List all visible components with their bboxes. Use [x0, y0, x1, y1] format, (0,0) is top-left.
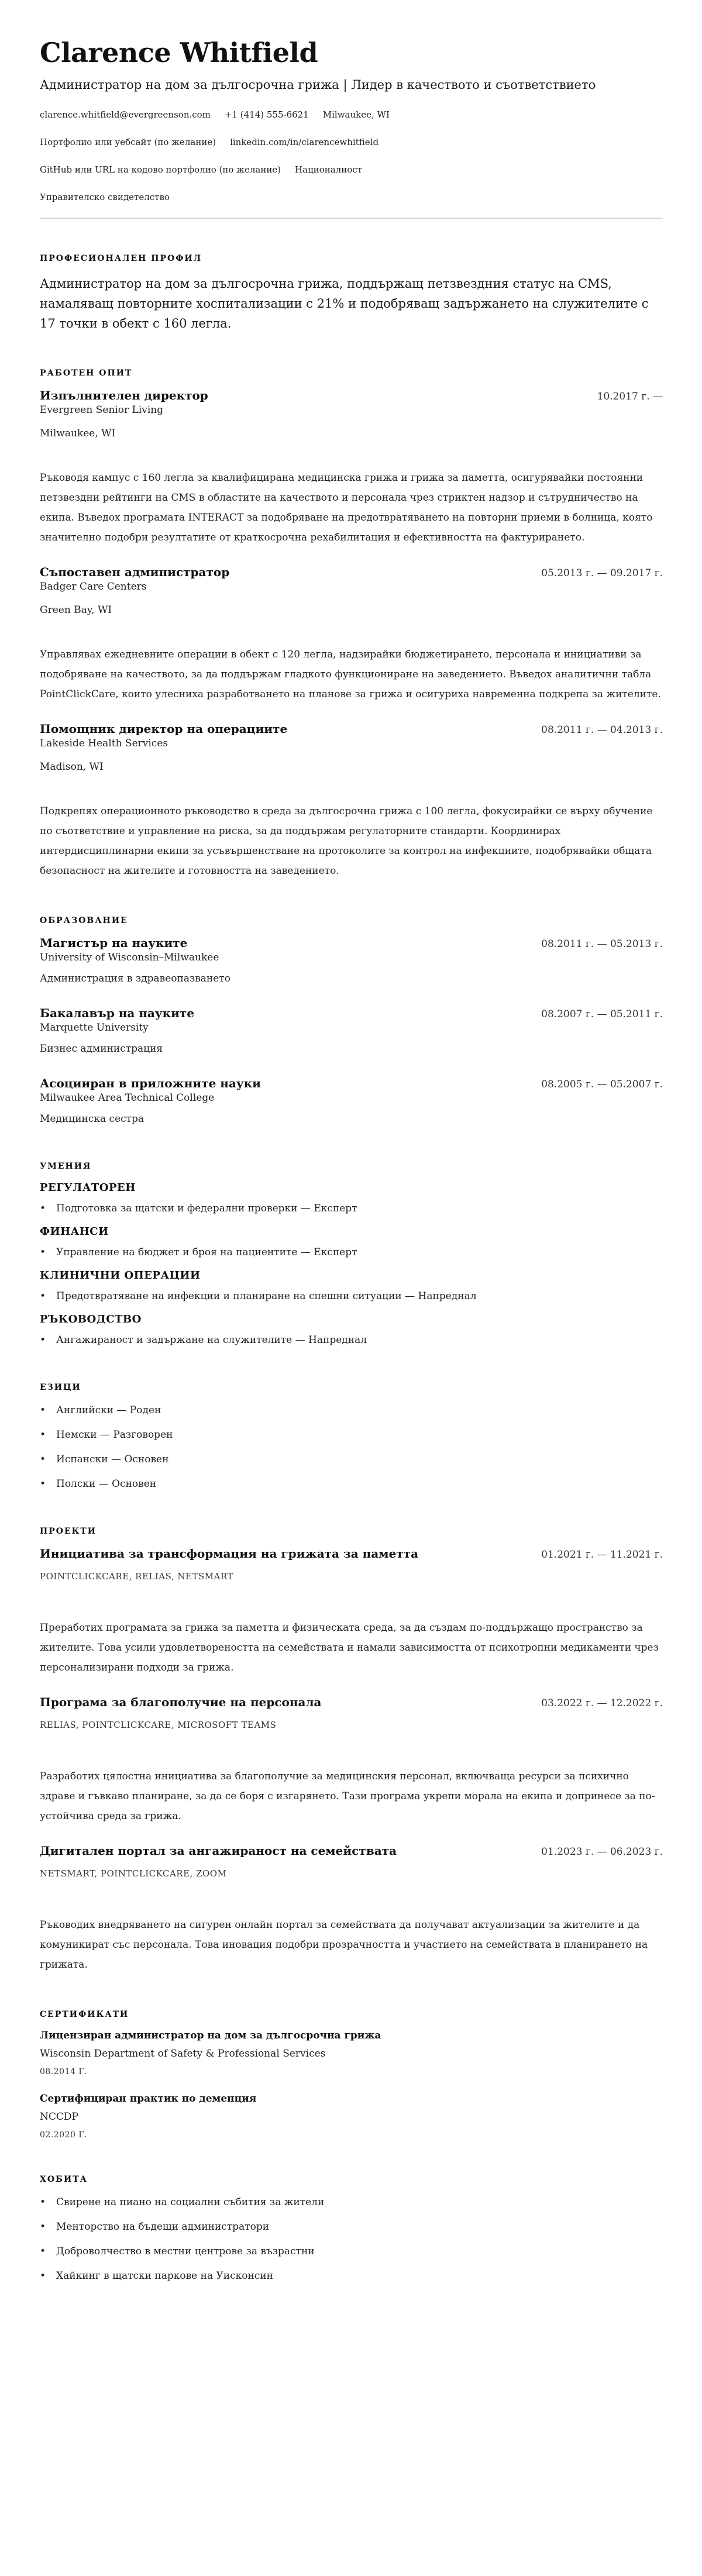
job-title: Помощник директор на операциите	[40, 722, 287, 736]
project-description: Преработих програмата за грижа за паметт…	[40, 1618, 663, 1678]
contact-link[interactable]: linkedin.com/in/clarencewhitfield	[230, 137, 378, 147]
skills-list: РЕГУЛАТОРЕНПодготовка за щатски и федера…	[40, 1182, 663, 1348]
job-title: Изпълнителен директор	[40, 388, 208, 402]
entry-header: Асоцииран в приложните науки08.2005 г. —…	[40, 1076, 663, 1090]
section-title-languages: ЕЗИЦИ	[40, 1383, 663, 1392]
project-description: Ръководих внедряването на сигурен онлайн…	[40, 1915, 663, 1975]
language-item: Испански — Основен	[40, 1452, 663, 1467]
hobbies-section: ХОБИТА Свирене на пиано на социални съби…	[40, 2175, 663, 2284]
degree-title: Асоцииран в приложните науки	[40, 1076, 261, 1090]
field-of-study: Администрация в здравеопазването	[40, 971, 663, 986]
skill-group-title: РЕГУЛАТОРЕН	[40, 1182, 663, 1194]
education-entry: Асоцииран в приложните науки08.2005 г. —…	[40, 1076, 663, 1127]
skill-list: Ангажираност и задържане на служителите …	[40, 1332, 663, 1348]
certificate-name: Сертифициран практик по деменция	[40, 2093, 663, 2105]
section-title-skills: УМЕНИЯ	[40, 1162, 663, 1171]
job-title: Съпоставен администратор	[40, 565, 229, 579]
contact-item: Националност	[295, 164, 362, 175]
job-dates: 10.2017 г. —	[597, 391, 663, 402]
entry-header: Помощник директор на операциите08.2011 г…	[40, 722, 663, 736]
header-divider	[40, 218, 663, 219]
certificate-entry: Сертифициран практик по деменцияNCCDP02.…	[40, 2093, 663, 2140]
skill-item: Ангажираност и задържане на служителите …	[40, 1332, 663, 1348]
hobby-item: Менторство на бъдещи администратори	[40, 2219, 663, 2234]
job-description: Ръководя кампус с 160 легла за квалифици…	[40, 468, 663, 547]
project-tech-stack: POINTCLICKCARE, RELIAS, NETSMART	[40, 1571, 663, 1582]
company-name: Badger Care Centers	[40, 579, 663, 594]
section-title-experience: РАБОТЕН ОПИТ	[40, 369, 663, 378]
contact-link[interactable]: +1 (414) 555-6621	[225, 109, 309, 120]
entry-header: Бакалавър на науките08.2007 г. — 05.2011…	[40, 1006, 663, 1020]
project-description: Разработих цялостна инициатива за благоп…	[40, 1766, 663, 1826]
skill-group-title: КЛИНИЧНИ ОПЕРАЦИИ	[40, 1269, 663, 1282]
project-entry: Програма за благополучие на персонала03.…	[40, 1695, 663, 1826]
experience-list: Изпълнителен директор10.2017 г. —Evergre…	[40, 388, 663, 881]
language-item: Немски — Разговорен	[40, 1427, 663, 1442]
experience-section: РАБОТЕН ОПИТ Изпълнителен директор10.201…	[40, 369, 663, 881]
skill-group-title: РЪКОВОДСТВО	[40, 1313, 663, 1325]
education-entry: Магистър на науките08.2011 г. — 05.2013 …	[40, 936, 663, 986]
certificates-list: Лицензиран администратор на дом за дълго…	[40, 2030, 663, 2140]
certificate-entry: Лицензиран администратор на дом за дълго…	[40, 2030, 663, 2076]
field-of-study: Медицинска сестра	[40, 1111, 663, 1127]
job-description: Управлявах ежедневните операции в обект …	[40, 645, 663, 704]
section-title-profile: ПРОФЕСИОНАЛЕН ПРОФИЛ	[40, 254, 663, 263]
education-dates: 08.2005 г. — 05.2007 г.	[541, 1079, 663, 1090]
certificates-section: СЕРТИФИКАТИ Лицензиран администратор на …	[40, 2010, 663, 2140]
language-item: Полски — Основен	[40, 1476, 663, 1492]
profile-section: ПРОФЕСИОНАЛЕН ПРОФИЛ Администратор на до…	[40, 254, 663, 333]
degree-title: Бакалавър на науките	[40, 1006, 194, 1020]
skill-list: Предотвратяване на инфекции и планиране …	[40, 1289, 663, 1304]
section-title-hobbies: ХОБИТА	[40, 2175, 663, 2184]
candidate-headline: Администратор на дом за дългосрочна гриж…	[40, 75, 625, 95]
job-description: Подкрепях операционното ръководство в ср…	[40, 801, 663, 881]
certificate-date: 08.2014 Г.	[40, 2067, 663, 2076]
contact-item: Портфолио или уебсайт (по желание)	[40, 137, 216, 147]
job-location: Green Bay, WI	[40, 602, 663, 618]
resume-page: Clarence Whitfield Администратор на дом …	[0, 0, 702, 2328]
entry-header: Инициатива за трансформация на грижата з…	[40, 1547, 663, 1561]
certificate-issuer: NCCDP	[40, 2109, 663, 2124]
entry-header: Дигитален портал за ангажираност на семе…	[40, 1844, 663, 1858]
languages-list: Английски — РоденНемски — РазговоренИспа…	[40, 1403, 663, 1492]
entry-header: Съпоставен администратор05.2013 г. — 09.…	[40, 565, 663, 579]
education-dates: 08.2007 г. — 05.2011 г.	[541, 1008, 663, 1020]
job-dates: 08.2011 г. — 04.2013 г.	[541, 724, 663, 736]
language-item: Английски — Роден	[40, 1403, 663, 1418]
project-entry: Инициатива за трансформация на грижата з…	[40, 1547, 663, 1678]
contact-item: Milwaukee, WI	[323, 109, 390, 120]
entry-header: Програма за благополучие на персонала03.…	[40, 1695, 663, 1709]
skills-section: УМЕНИЯ РЕГУЛАТОРЕНПодготовка за щатски и…	[40, 1162, 663, 1348]
skill-item: Подготовка за щатски и федерални проверк…	[40, 1201, 663, 1216]
project-entry: Дигитален портал за ангажираност на семе…	[40, 1844, 663, 1975]
section-title-certificates: СЕРТИФИКАТИ	[40, 2010, 663, 2019]
school-name: Milwaukee Area Technical College	[40, 1090, 663, 1106]
skill-list: Управление на бюджет и броя на пациентит…	[40, 1245, 663, 1260]
entry-header: Изпълнителен директор10.2017 г. —	[40, 388, 663, 402]
skill-list: Подготовка за щатски и федерални проверк…	[40, 1201, 663, 1216]
education-section: ОБРАЗОВАНИЕ Магистър на науките08.2011 г…	[40, 916, 663, 1127]
project-dates: 01.2021 г. — 11.2021 г.	[541, 1549, 663, 1561]
contact-link[interactable]: clarence.whitfield@evergreenson.com	[40, 109, 211, 120]
entry-header: Магистър на науките08.2011 г. — 05.2013 …	[40, 936, 663, 950]
hobby-item: Доброволчество в местни центрове за възр…	[40, 2244, 663, 2259]
project-tech-stack: RELIAS, POINTCLICKCARE, MICROSOFT TEAMS	[40, 1720, 663, 1730]
certificate-issuer: Wisconsin Department of Safety & Profess…	[40, 2046, 663, 2061]
hobby-item: Свирене на пиано на социални събития за …	[40, 2195, 663, 2210]
hobbies-list: Свирене на пиано на социални събития за …	[40, 2195, 663, 2284]
contact-row: Портфолио или уебсайт (по желание)linked…	[40, 135, 663, 149]
school-name: University of Wisconsin–Milwaukee	[40, 950, 663, 965]
project-tech-stack: NETSMART, POINTCLICKCARE, ZOOM	[40, 1868, 663, 1879]
contact-item: GitHub или URL на кодово портфолио (по ж…	[40, 164, 281, 175]
projects-section: ПРОЕКТИ Инициатива за трансформация на г…	[40, 1527, 663, 1975]
certificate-name: Лицензиран администратор на дом за дълго…	[40, 2030, 663, 2041]
school-name: Marquette University	[40, 1020, 663, 1035]
job-dates: 05.2013 г. — 09.2017 г.	[541, 567, 663, 579]
profile-summary: Администратор на дом за дългосрочна гриж…	[40, 274, 663, 333]
section-title-education: ОБРАЗОВАНИЕ	[40, 916, 663, 925]
job-location: Milwaukee, WI	[40, 426, 663, 441]
hobby-item: Хайкинг в щатски паркове на Уисконсин	[40, 2268, 663, 2284]
degree-title: Магистър на науките	[40, 936, 187, 950]
experience-entry: Помощник директор на операциите08.2011 г…	[40, 722, 663, 881]
company-name: Evergreen Senior Living	[40, 402, 663, 418]
education-list: Магистър на науките08.2011 г. — 05.2013 …	[40, 936, 663, 1127]
field-of-study: Бизнес администрация	[40, 1041, 663, 1056]
education-dates: 08.2011 г. — 05.2013 г.	[541, 938, 663, 950]
skill-group-title: ФИНАНСИ	[40, 1225, 663, 1238]
project-name: Дигитален портал за ангажираност на семе…	[40, 1844, 397, 1858]
job-location: Madison, WI	[40, 759, 663, 774]
skill-item: Управление на бюджет и броя на пациентит…	[40, 1245, 663, 1260]
section-title-projects: ПРОЕКТИ	[40, 1527, 663, 1536]
experience-entry: Съпоставен администратор05.2013 г. — 09.…	[40, 565, 663, 704]
project-dates: 01.2023 г. — 06.2023 г.	[541, 1846, 663, 1858]
skill-item: Предотвратяване на инфекции и планиране …	[40, 1289, 663, 1304]
resume-header: Clarence Whitfield Администратор на дом …	[40, 36, 663, 219]
project-name: Инициатива за трансформация на грижата з…	[40, 1547, 418, 1561]
contact-row: clarence.whitfield@evergreenson.com+1 (4…	[40, 108, 663, 122]
contact-block: clarence.whitfield@evergreenson.com+1 (4…	[40, 108, 663, 204]
languages-section: ЕЗИЦИ Английски — РоденНемски — Разговор…	[40, 1383, 663, 1492]
contact-row: GitHub или URL на кодово портфолио (по ж…	[40, 163, 663, 177]
company-name: Lakeside Health Services	[40, 736, 663, 751]
projects-list: Инициатива за трансформация на грижата з…	[40, 1547, 663, 1975]
project-name: Програма за благополучие на персонала	[40, 1695, 322, 1709]
contact-row: Управителско свидетелство	[40, 190, 663, 204]
contact-item: Управителско свидетелство	[40, 192, 170, 202]
experience-entry: Изпълнителен директор10.2017 г. —Evergre…	[40, 388, 663, 547]
education-entry: Бакалавър на науките08.2007 г. — 05.2011…	[40, 1006, 663, 1056]
candidate-name: Clarence Whitfield	[40, 36, 663, 69]
certificate-date: 02.2020 Г.	[40, 2130, 663, 2140]
project-dates: 03.2022 г. — 12.2022 г.	[541, 1697, 663, 1709]
